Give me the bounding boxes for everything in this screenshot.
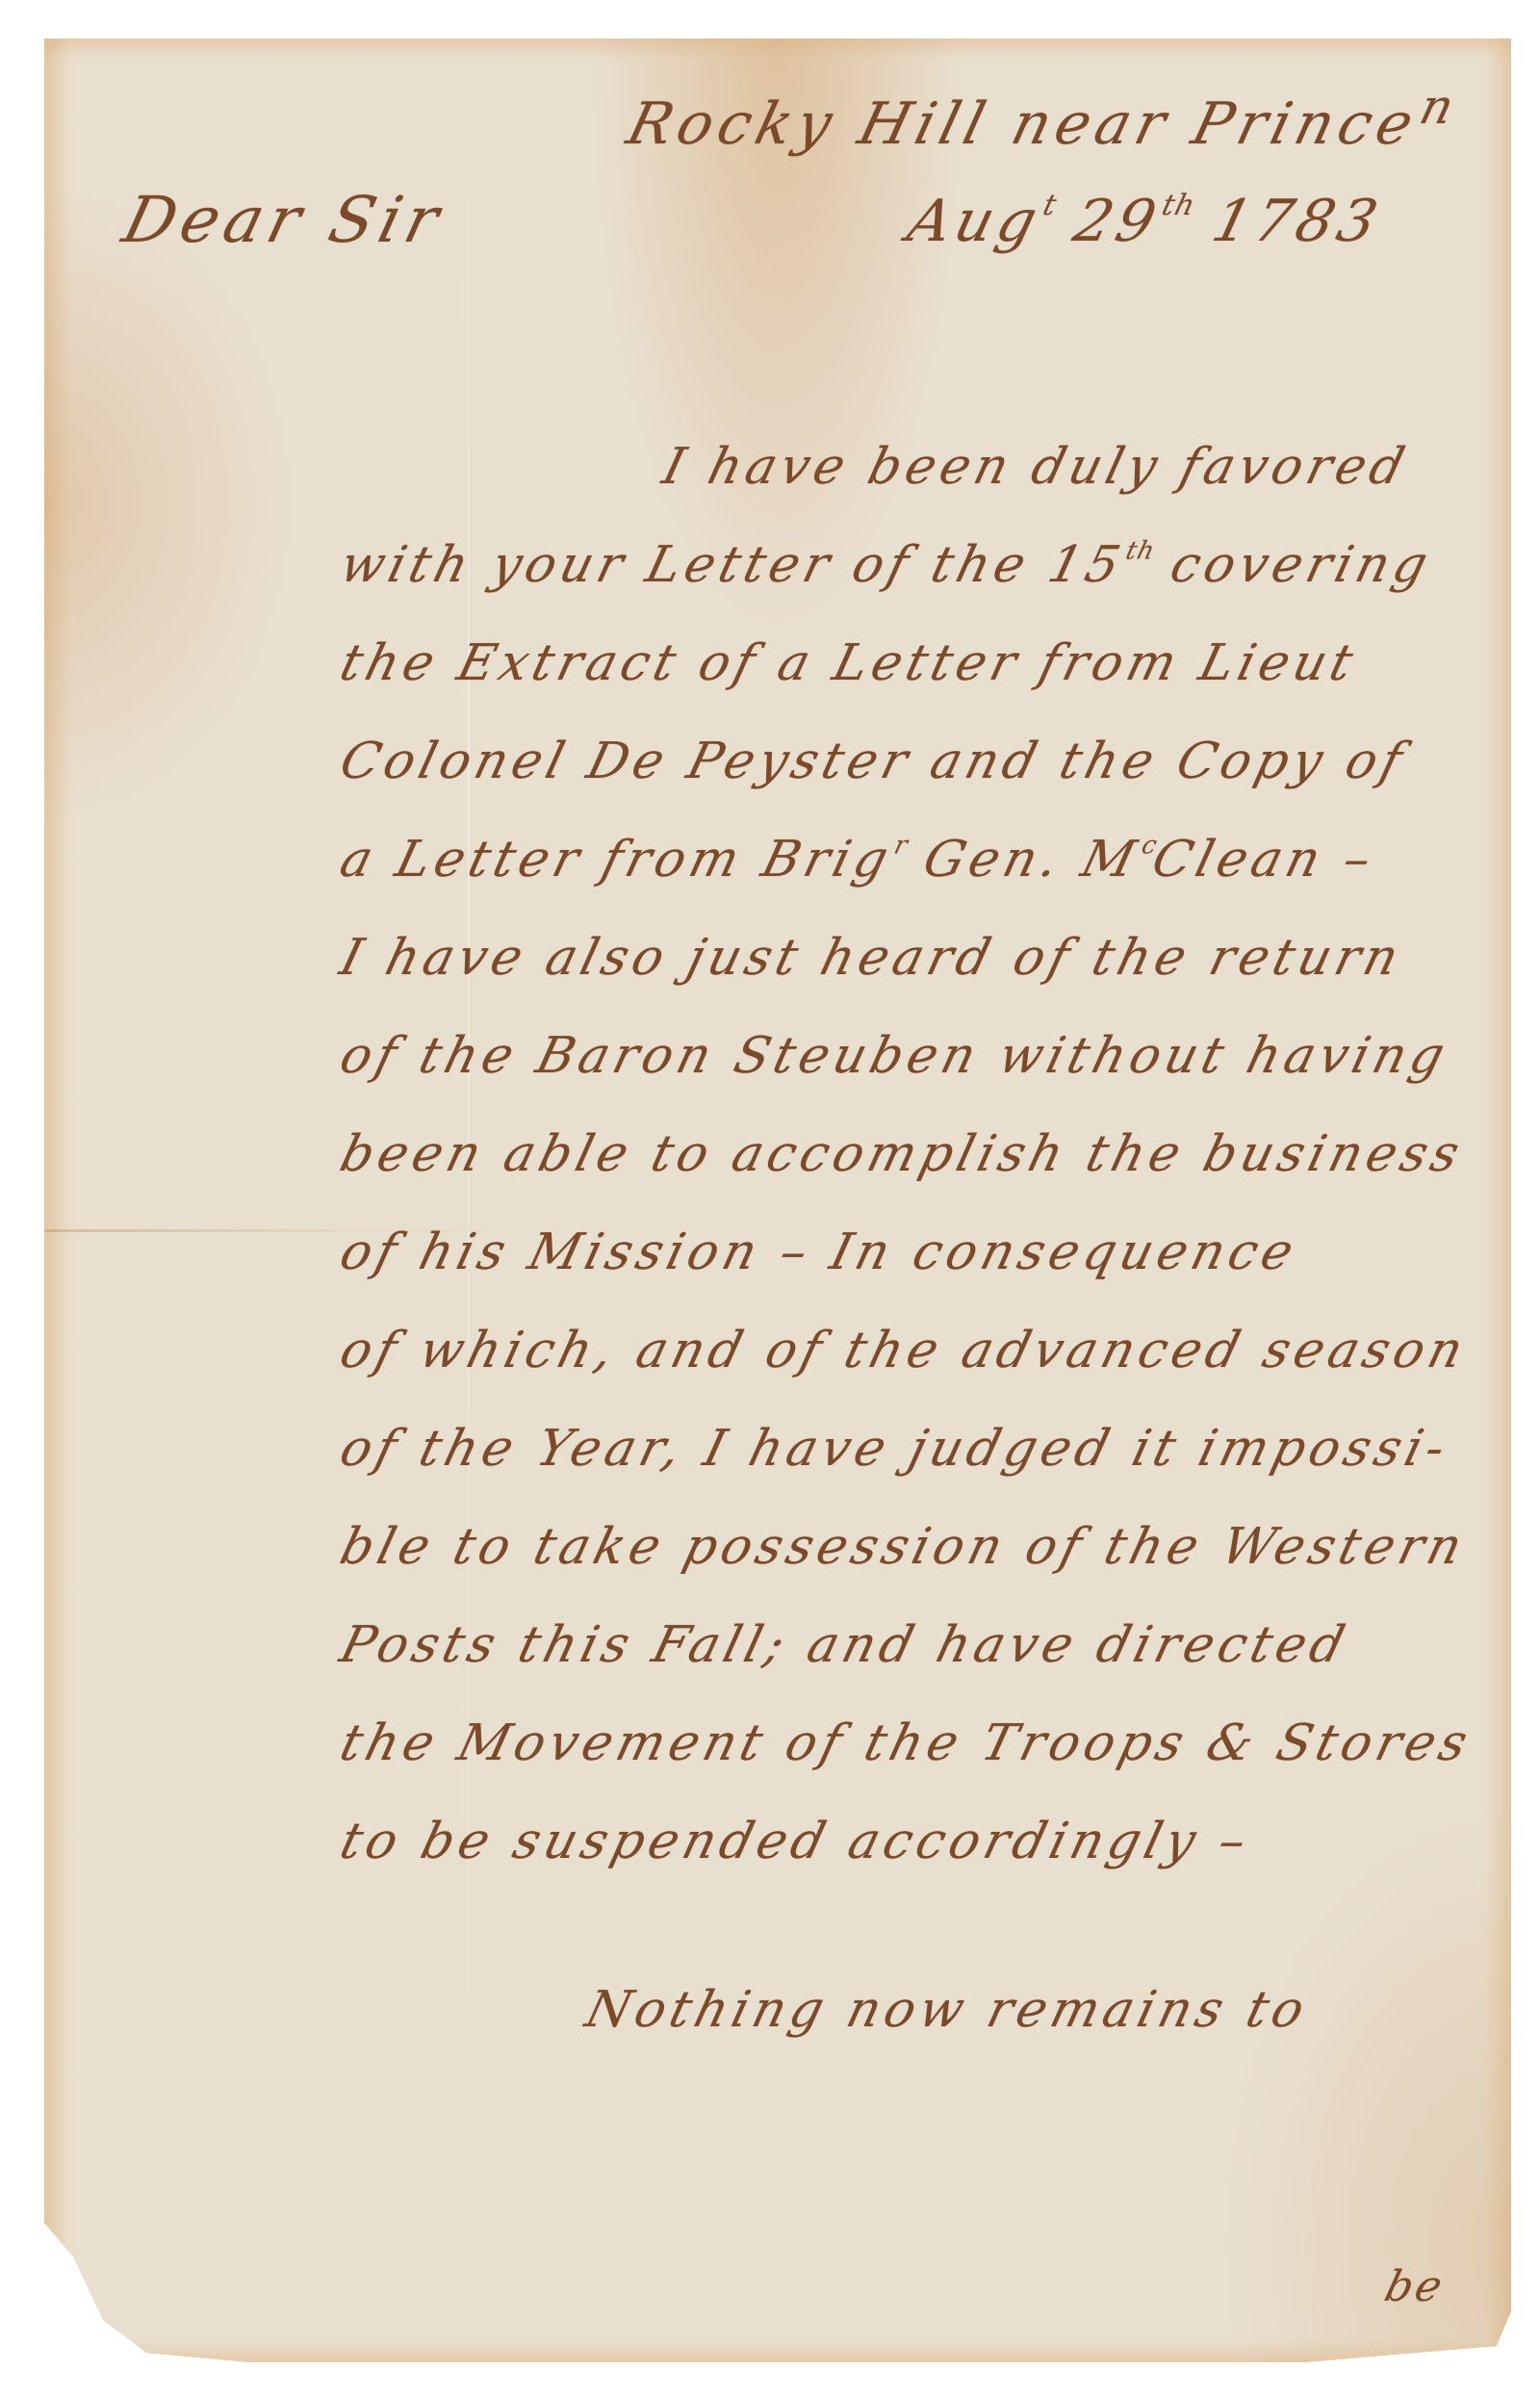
letter-body-line: of his Mission – In consequence — [335, 1223, 1304, 1281]
letter-body-line: been able to accomplish the business — [335, 1125, 1470, 1183]
letter-body-line: ble to take possession of the Western — [335, 1518, 1473, 1576]
letter-body-line: with your Letter of the 15th covering — [335, 536, 1438, 594]
letter-body-line: Nothing now remains to — [580, 1981, 1315, 2039]
letter-place-heading: Rocky Hill near Princen — [621, 79, 1466, 158]
letter-body-line: to be suspended accordingly – — [335, 1813, 1257, 1870]
letter-body-line: I have been duly favored — [657, 438, 1415, 496]
letter-body-line: Posts this Fall; and have directed — [335, 1616, 1355, 1674]
letter-body-line: I have also just heard of the return — [335, 929, 1409, 987]
letter-body-line: the Movement of the Troops & Stores — [335, 1714, 1478, 1772]
letter-date: Augt 29th 1783 — [901, 188, 1389, 255]
letter-body-line: of which, and of the advanced season — [335, 1322, 1474, 1379]
letter-catchword: be — [1380, 2262, 1450, 2311]
letter-body-line: the Extract of a Letter from Lieut — [335, 634, 1364, 692]
paper-fold-vertical — [468, 39, 470, 2362]
letter-body-line: of the Year, I have judged it impossi- — [335, 1420, 1456, 1478]
letter-salutation: Dear Sir — [115, 183, 451, 257]
letter-body-line: a Letter from Brigr Gen. McClean – — [335, 831, 1382, 888]
letter-body-line: of the Baron Steuben without having — [335, 1027, 1455, 1085]
letter-body-line: Colonel De Peyster and the Copy of — [335, 733, 1413, 790]
